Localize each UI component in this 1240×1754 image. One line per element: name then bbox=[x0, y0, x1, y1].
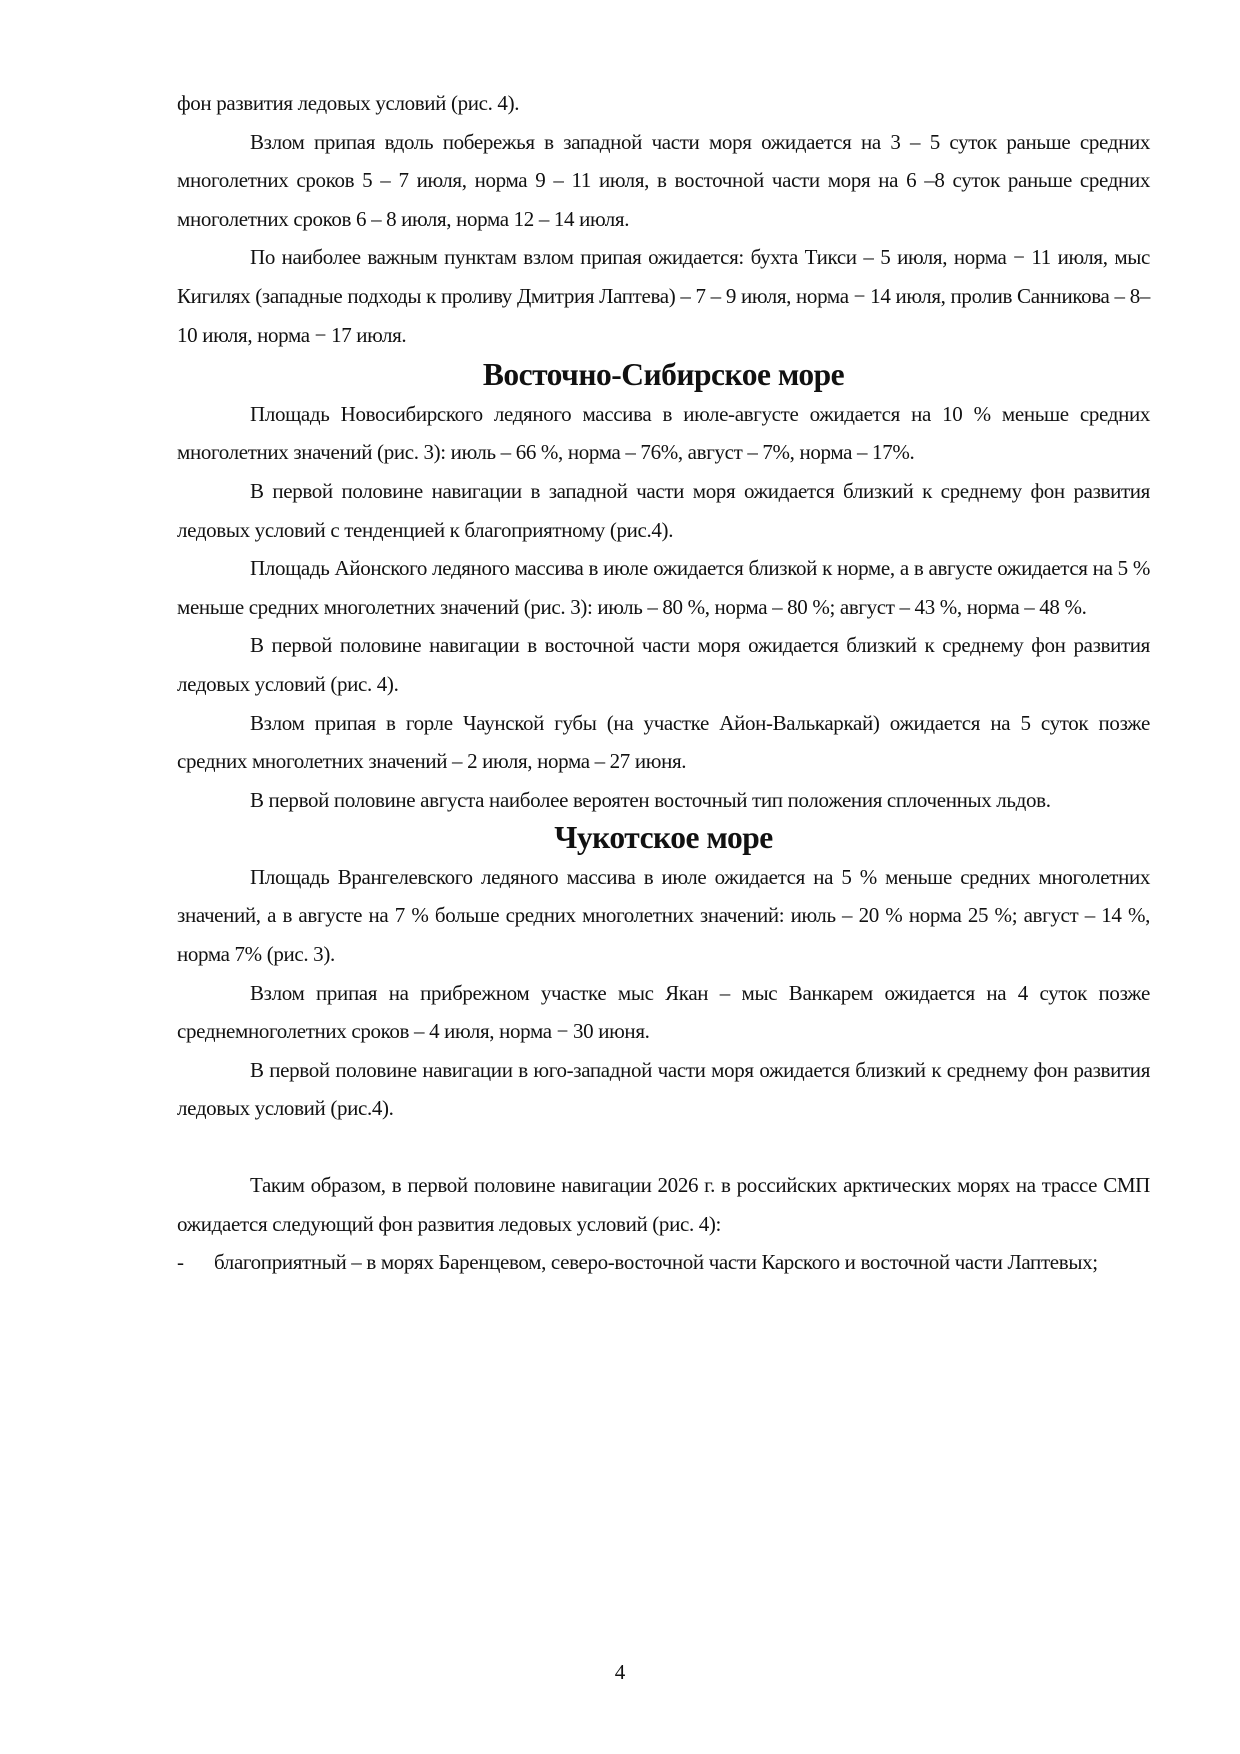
blank-line bbox=[177, 1128, 1150, 1166]
list-item-favorable: - благоприятный – в морях Баренцевом, се… bbox=[177, 1243, 1150, 1282]
paragraph-summary: Таким образом, в первой половине навигац… bbox=[177, 1166, 1150, 1243]
paragraph-august-ice-type: В первой половине августа наиболее вероя… bbox=[177, 781, 1150, 820]
page-number: 4 bbox=[0, 1660, 1240, 1685]
paragraph-novosibirsk-ice-massif: Площадь Новосибирского ледяного массива … bbox=[177, 395, 1150, 472]
paragraph-key-points-breakup: По наиболее важным пунктам взлом припая … bbox=[177, 238, 1150, 354]
paragraph-fast-ice-breakup-laptev: Взлом припая вдоль побережья в западной … bbox=[177, 123, 1150, 239]
paragraph-west-navigation: В первой половине навигации в западной ч… bbox=[177, 472, 1150, 549]
paragraph-chaun-bay-breakup: Взлом припая в горле Чаунской губы (на у… bbox=[177, 704, 1150, 781]
list-dash-marker: - bbox=[177, 1243, 184, 1282]
paragraph-southwest-navigation: В первой половине навигации в юго-западн… bbox=[177, 1051, 1150, 1128]
heading-east-siberian-sea: Восточно-Сибирское море bbox=[177, 356, 1150, 395]
document-page-body: фон развития ледовых условий (рис. 4). В… bbox=[177, 84, 1150, 1282]
paragraph-yakan-vankarem-breakup: Взлом припая на прибрежном участке мыс Я… bbox=[177, 974, 1150, 1051]
list-item-text: благоприятный – в морях Баренцевом, севе… bbox=[214, 1250, 1098, 1274]
paragraph-wrangel-ice-massif: Площадь Врангелевского ледяного массива … bbox=[177, 858, 1150, 974]
paragraph-continuation: фон развития ледовых условий (рис. 4). bbox=[177, 84, 1150, 123]
paragraph-east-navigation: В первой половине навигации в восточной … bbox=[177, 626, 1150, 703]
heading-chukchi-sea: Чукотское море bbox=[177, 819, 1150, 858]
paragraph-ayon-ice-massif: Площадь Айонского ледяного массива в июл… bbox=[177, 549, 1150, 626]
